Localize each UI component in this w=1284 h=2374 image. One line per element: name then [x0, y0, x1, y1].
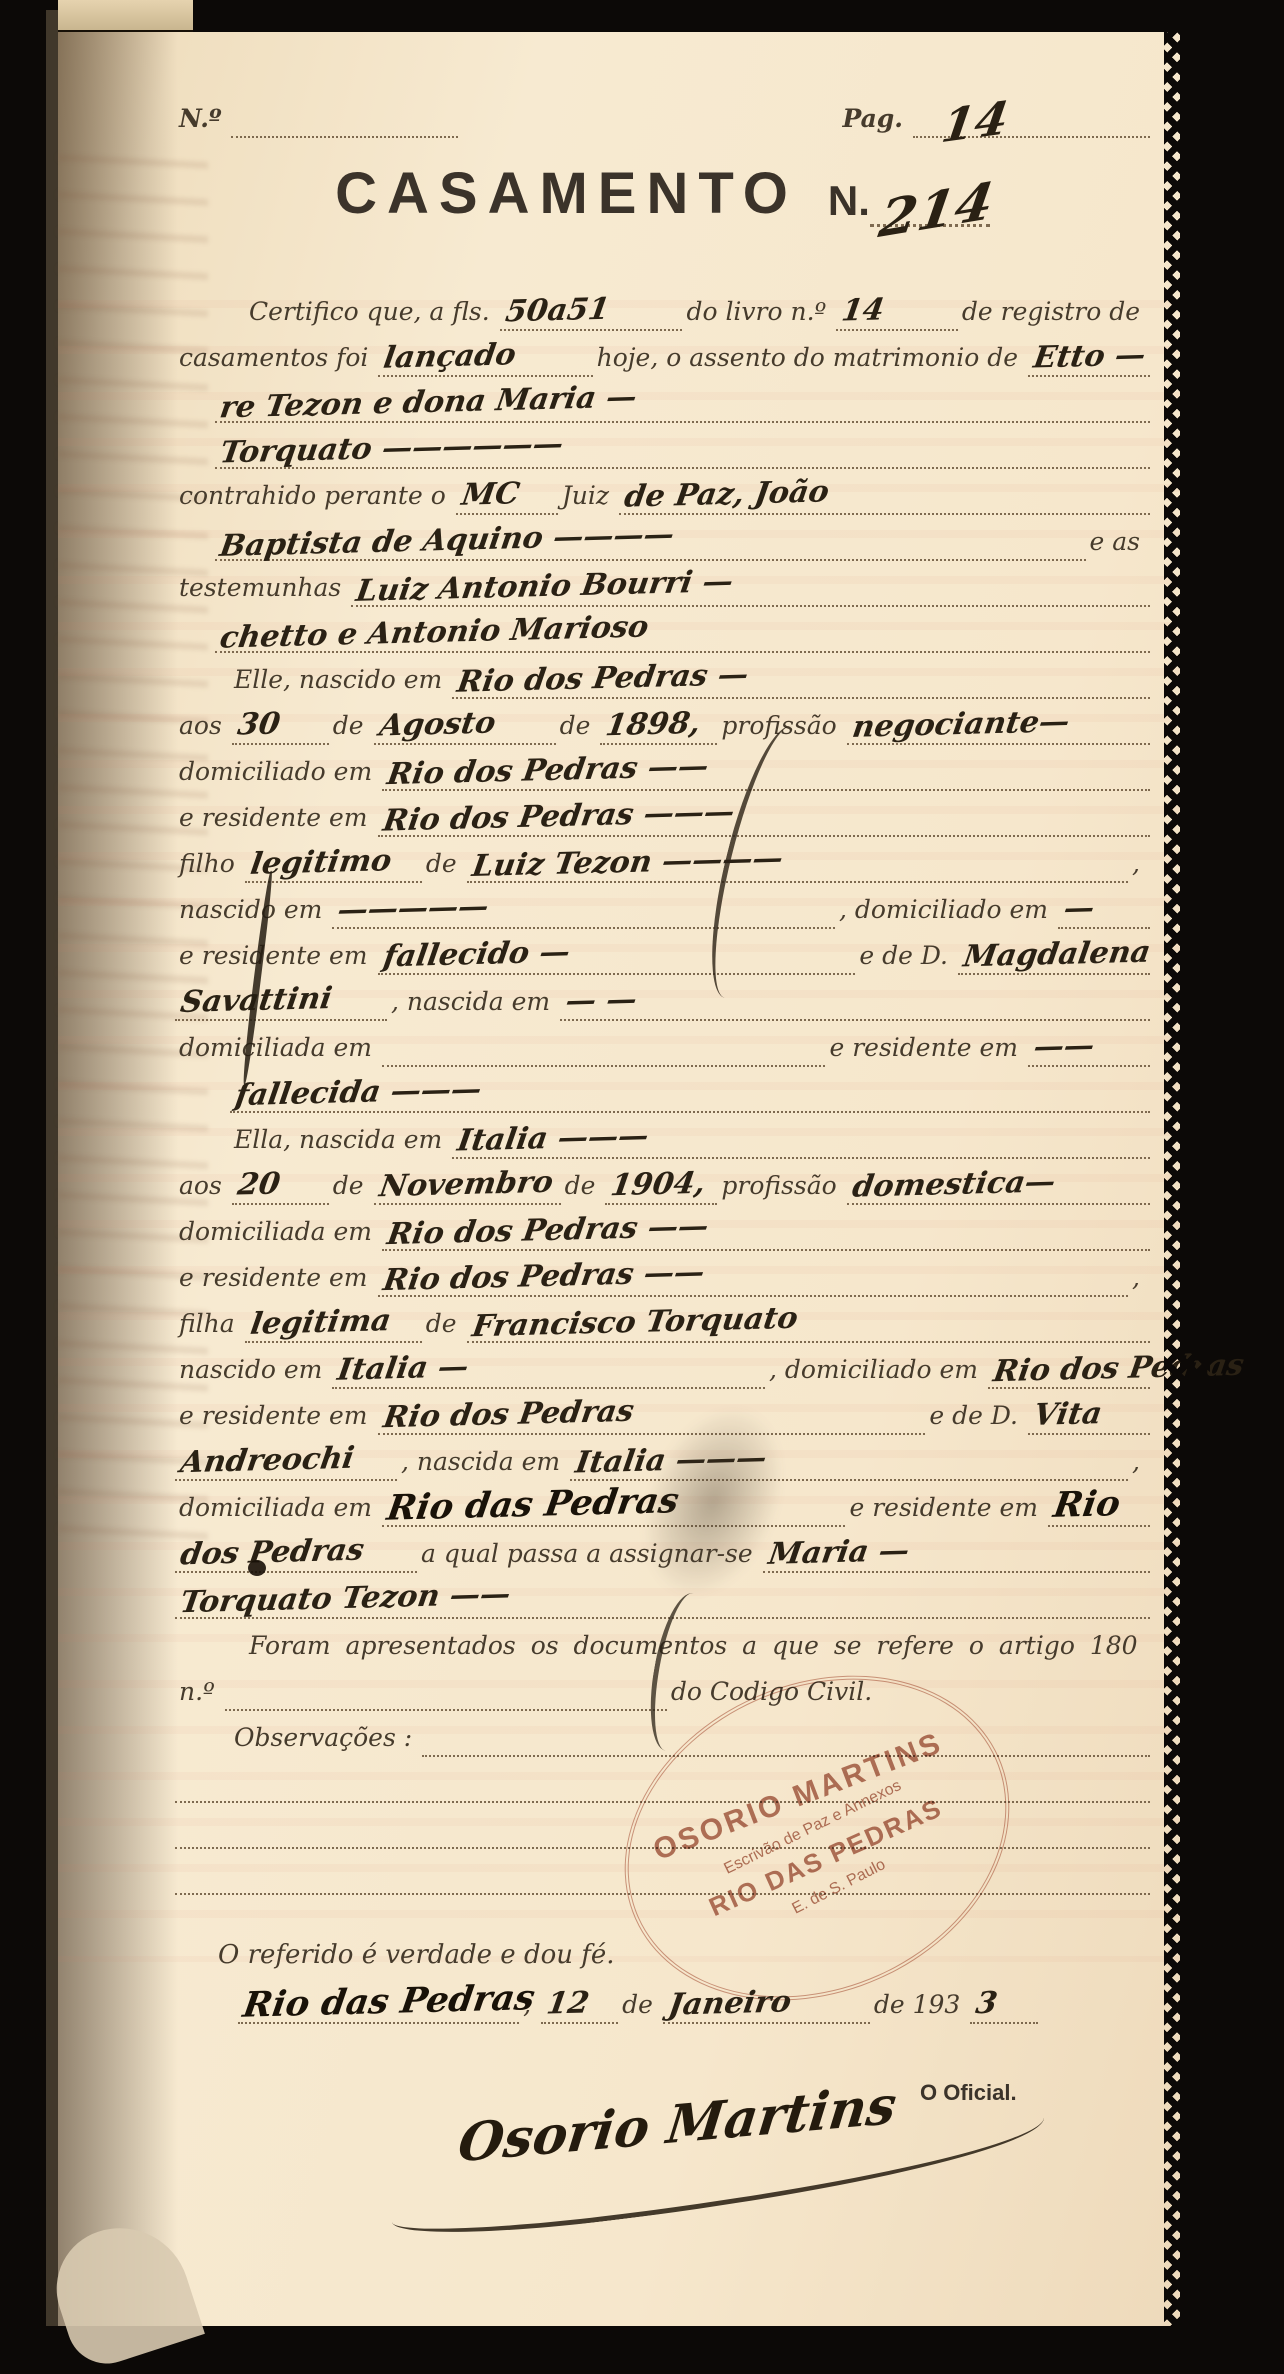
- dotted-fill: Agosto: [374, 710, 556, 745]
- printed-label: domiciliada em: [175, 1033, 382, 1067]
- dotted-fill: 14: [836, 296, 958, 331]
- dotted-fill: domestica—: [847, 1170, 1150, 1205]
- number-label: N.º: [175, 104, 231, 138]
- handwritten-entry: —: [1062, 894, 1097, 925]
- printed-label: e de D.: [925, 1401, 1028, 1435]
- printed-label: domiciliada em: [175, 1217, 382, 1251]
- handwritten-entry: Torquato Tezon ——: [178, 1580, 512, 1619]
- handwritten-entry: 20: [235, 1169, 281, 1200]
- form-row: chetto e Antonio Marioso: [175, 607, 1150, 653]
- dotted-fill: legitima: [245, 1308, 422, 1343]
- dotted-fill: 1904,: [605, 1170, 717, 1205]
- ink-blot: [248, 1560, 266, 1576]
- printed-label: Certifico que, a fls.: [245, 297, 500, 331]
- dotted-fill: ——: [1028, 1032, 1150, 1067]
- handwritten-entry: Rio dos Pedras ——: [385, 1212, 710, 1250]
- printed-label: e as: [1086, 527, 1150, 561]
- printed-label: Observações :: [230, 1723, 422, 1757]
- handwritten-entry: Italia ———: [456, 1122, 651, 1157]
- dotted-fill: Etto —: [1028, 342, 1150, 377]
- dotted-fill: Vita: [1028, 1400, 1150, 1435]
- dotted-fill: fallecida ———: [230, 1078, 1150, 1113]
- dotted-fill: Baptista de Aquino ————: [215, 526, 1086, 561]
- dotted-fill: re Tezon e dona Maria —: [215, 388, 1150, 423]
- dotted-fill: Magdalena: [958, 940, 1150, 975]
- truth-statement: O referido é verdade e dou fé.: [218, 1940, 615, 1970]
- scanned-document-background: { "colors": { "paper": "#f6e7cc", "print…: [0, 0, 1284, 2326]
- dotted-fill: MC: [456, 480, 558, 515]
- handwritten-entry: Rio: [1051, 1486, 1122, 1523]
- handwritten-entry: Rio dos Pedras: [381, 1397, 636, 1434]
- form-row: Savattini, nascida em— —: [175, 975, 1150, 1021]
- printed-label: Juiz: [558, 481, 619, 515]
- dotted-fill: Rio dos Pedras —: [452, 664, 1150, 699]
- printed-label: de: [561, 1171, 606, 1205]
- handwritten-entry: Luiz Antonio Bourri —: [354, 567, 735, 607]
- printed-label: filha: [175, 1309, 245, 1343]
- printed-label: do livro n.º: [682, 297, 836, 331]
- handwritten-entry: — —: [564, 985, 639, 1017]
- dotted-fill: 1898,: [600, 710, 717, 745]
- handwritten-entry: 1904,: [609, 1169, 708, 1201]
- printed-label: e residente em: [825, 1033, 1028, 1067]
- printed-label: de: [329, 711, 374, 745]
- pag-dotted-line: 14: [913, 131, 1150, 138]
- printed-label: nascido em: [175, 895, 332, 929]
- handwritten-entry: Francisco Torquato: [470, 1304, 800, 1342]
- handwritten-year-digit: 3: [974, 1989, 999, 2020]
- dotted-fill: Italia ———: [452, 1124, 1150, 1159]
- printed-label: aos: [175, 711, 232, 745]
- dotted-blank: [382, 1060, 825, 1067]
- form-row: contrahido perante oMCJuizde Paz, João: [175, 469, 1150, 515]
- handwritten-entry: Andreochi: [178, 1444, 356, 1479]
- form-row: aos30deAgostode1898,profissãonegociante—: [175, 699, 1150, 745]
- printed-label: Elle, nascido em: [230, 665, 452, 699]
- number-dotted-blank: [231, 131, 458, 138]
- handwritten-entry: dos Pedras: [178, 1536, 366, 1571]
- handwritten-entry: Baptista de Aquino ————: [218, 520, 676, 562]
- date-de2: de 193: [870, 1990, 970, 2024]
- place-dotted-line: Rio das Pedras: [238, 1984, 519, 2024]
- printed-label: de registro de: [958, 297, 1150, 331]
- form-row: re Tezon e dona Maria —: [175, 377, 1150, 423]
- form-row: fallecida ———: [175, 1067, 1150, 1113]
- handwritten-entry: chetto e Antonio Marioso: [218, 612, 651, 653]
- form-row: aos20deNovembrode1904,profissãodomestica…: [175, 1159, 1150, 1205]
- dotted-blank: [225, 1704, 667, 1711]
- title-casamento: CASAMENTO: [335, 160, 798, 227]
- handwritten-entry: de Paz, João: [622, 477, 831, 512]
- page-number-group: Pag. 14: [838, 104, 1150, 138]
- handwritten-entry: lançado: [382, 340, 518, 373]
- printed-label: aos: [175, 1171, 232, 1205]
- form-row: Certifico que, a fls.50a51do livro n.º14…: [175, 285, 1150, 331]
- page-header: N.º Pag. 14: [175, 104, 1150, 138]
- dotted-fill: negociante—: [847, 710, 1150, 745]
- dotted-fill: Rio dos Pedras: [378, 1400, 926, 1435]
- handwritten-record-number: 214: [876, 176, 997, 246]
- printed-label: contrahido perante o: [175, 481, 456, 515]
- handwritten-entry: Maria —: [766, 1536, 911, 1570]
- dotted-fill: Rio dos Pedras: [988, 1354, 1150, 1389]
- handwritten-entry: negociante—: [850, 707, 1071, 743]
- printed-label: profissão: [717, 1171, 846, 1205]
- form-row: nascido em—————, domiciliado em—: [175, 883, 1150, 929]
- handwritten-entry: Etto —: [1032, 341, 1148, 374]
- pag-label: Pag.: [838, 104, 913, 138]
- printed-label: n.º: [175, 1677, 225, 1711]
- certificate-page: N.º Pag. 14 CASAMENTO N. 214 Certifico q…: [58, 32, 1180, 2326]
- printed-label: , nascida em: [397, 1447, 570, 1481]
- form-row: testemunhasLuiz Antonio Bourri —: [175, 561, 1150, 607]
- dotted-fill: — —: [560, 986, 1150, 1021]
- stamp-name: OSORIO MARTINS: [649, 1726, 948, 1868]
- dotted-fill: fallecido —: [378, 940, 856, 975]
- handwritten-entry: fallecida ———: [233, 1075, 483, 1111]
- handwritten-entry: 50a51: [503, 295, 611, 328]
- handwritten-entry: Italia —: [336, 1352, 471, 1385]
- handwritten-entry: 1898,: [604, 709, 703, 741]
- dotted-fill: Italia —: [332, 1354, 765, 1389]
- date-de1: de: [618, 1990, 663, 2024]
- handwritten-entry: Rio dos Pedras —: [455, 660, 750, 698]
- dotted-fill: —: [1058, 894, 1150, 929]
- deckle-page-edge: [1164, 0, 1210, 2326]
- dotted-fill: 30: [232, 710, 329, 745]
- printed-label: de: [556, 711, 601, 745]
- day-dotted-line: 12: [541, 1989, 618, 2024]
- handwritten-entry: re Tezon e dona Maria —: [218, 383, 639, 424]
- form-row: domiciliado emRio dos Pedras ——: [175, 745, 1150, 791]
- book-spine-edge: [46, 10, 58, 2326]
- printed-label: testemunhas: [175, 573, 351, 607]
- page-bottom-curl: [41, 2210, 205, 2326]
- handwritten-entry: ——: [1032, 1031, 1097, 1063]
- dotted-fill: chetto e Antonio Marioso: [215, 618, 1150, 653]
- printed-label: ,: [1128, 1447, 1150, 1481]
- printed-label: e residente em: [175, 941, 378, 975]
- form-row: e residente emRio dos Pedras ———: [175, 791, 1150, 837]
- printed-label: filho: [175, 849, 245, 883]
- document-title: CASAMENTO N. 214: [175, 160, 1150, 227]
- dotted-fill: Savattini: [175, 986, 387, 1021]
- printed-label: de: [329, 1171, 374, 1205]
- handwritten-entry: Rio dos Pedras ———: [381, 797, 736, 836]
- dotted-fill: Torquato ——————: [215, 434, 1150, 469]
- form-row: filholegitimodeLuiz Tezon ————,: [175, 837, 1150, 883]
- printed-label: hoje, o assento do matrimonio de: [593, 343, 1028, 377]
- form-row: domiciliada emRio dos Pedras ——: [175, 1205, 1150, 1251]
- printed-label: de: [422, 849, 467, 883]
- handwritten-entry: Torquato ——————: [218, 430, 565, 469]
- form-row: e residente emRio dos Pedras ——,: [175, 1251, 1150, 1297]
- handwritten-month: Janeiro: [666, 1987, 793, 2020]
- printed-label: Ella, nascida em: [230, 1125, 452, 1159]
- printed-label: domiciliado em: [175, 757, 382, 791]
- dotted-fill: 20: [232, 1170, 329, 1205]
- dotted-fill: Novembro: [374, 1170, 561, 1205]
- month-dotted-line: Janeiro: [663, 1989, 870, 2024]
- form-row: Elle, nascido emRio dos Pedras —: [175, 653, 1150, 699]
- dotted-fill: Andreochi: [175, 1446, 397, 1481]
- handwritten-entry: Agosto: [377, 708, 497, 741]
- handwritten-entry: —————: [336, 892, 491, 926]
- printed-label: e de D.: [855, 941, 958, 975]
- handwritten-entry: domestica—: [850, 1167, 1057, 1202]
- printed-label: , domiciliado em: [765, 1355, 988, 1389]
- form-row: casamentos foilançadohoje, o assento do …: [175, 331, 1150, 377]
- dotted-fill: dos Pedras: [175, 1538, 417, 1573]
- dotted-fill: 50a51: [500, 296, 683, 331]
- printed-label: de: [422, 1309, 467, 1343]
- title-number-dotted-line: 214: [870, 214, 990, 227]
- handwritten-entry: Rio dos Pedras ——: [385, 752, 710, 790]
- handwritten-entry: MC: [459, 479, 521, 510]
- printed-label: ,: [1128, 849, 1150, 883]
- handwritten-entry: Novembro: [377, 1168, 555, 1203]
- handwritten-entry: legitima: [248, 1306, 392, 1340]
- printed-label: e residente em: [845, 1493, 1048, 1527]
- printed-label: , nascida em: [387, 987, 560, 1021]
- gutter-shadow: [58, 32, 178, 2326]
- dotted-fill: de Paz, João: [619, 480, 1150, 515]
- dotted-fill: lançado: [378, 342, 592, 377]
- handwritten-entry: fallecido —: [381, 938, 572, 973]
- printed-label: e residente em: [175, 1263, 378, 1297]
- date-line: Rio das Pedras , 12 de Janeiro de 193 3: [238, 1984, 1038, 2024]
- dotted-fill: Rio dos Pedras ——: [382, 1216, 1150, 1251]
- form-row: nascido emItalia —, domiciliado emRio do…: [175, 1343, 1150, 1389]
- printed-label: , domiciliado em: [835, 895, 1058, 929]
- form-row: Baptista de Aquino ————e as: [175, 515, 1150, 561]
- printed-label: ,: [1128, 1263, 1150, 1297]
- dotted-fill: Rio: [1048, 1487, 1150, 1527]
- form-row: Ella, nascida emItalia ———: [175, 1113, 1150, 1159]
- handwritten-entry: 14: [840, 295, 886, 326]
- dotted-fill: Luiz Antonio Bourri —: [351, 572, 1150, 607]
- printed-label: casamentos foi: [175, 343, 378, 377]
- dotted-fill: Francisco Torquato: [467, 1308, 1151, 1343]
- title-n-label: N.: [828, 177, 870, 227]
- handwritten-entry: 30: [235, 709, 281, 740]
- handwritten-entry: Rio dos Pedras ——: [381, 1258, 706, 1296]
- form-row: filhalegitimadeFrancisco Torquato: [175, 1297, 1150, 1343]
- handwritten-entry: Vita: [1032, 1399, 1104, 1431]
- form-row: domiciliada eme residente em——: [175, 1021, 1150, 1067]
- handwritten-entry: Magdalena: [961, 938, 1152, 973]
- handwritten-day: 12: [545, 1988, 591, 2019]
- printed-label: domiciliada em: [175, 1493, 382, 1527]
- previous-page-scrap: [58, 0, 193, 33]
- printed-label: e residente em: [175, 1401, 378, 1435]
- handwritten-page-number: 14: [939, 95, 1012, 149]
- handwritten-place: Rio das Pedras: [241, 1980, 537, 2023]
- dotted-fill: Maria —: [763, 1538, 1150, 1573]
- form-row: e residente emRio dos Pedrase de D.Vita: [175, 1389, 1150, 1435]
- dotted-fill: Luiz Tezon ————: [467, 848, 1128, 883]
- form-row: e residente emfallecido —e de D.Magdalen…: [175, 929, 1150, 975]
- printed-label: e residente em: [175, 803, 378, 837]
- form-row: Torquato ——————: [175, 423, 1150, 469]
- dotted-fill: Rio dos Pedras ——: [378, 1262, 1129, 1297]
- printed-label: nascido em: [175, 1355, 332, 1389]
- year-dotted-line: 3: [970, 1989, 1038, 2024]
